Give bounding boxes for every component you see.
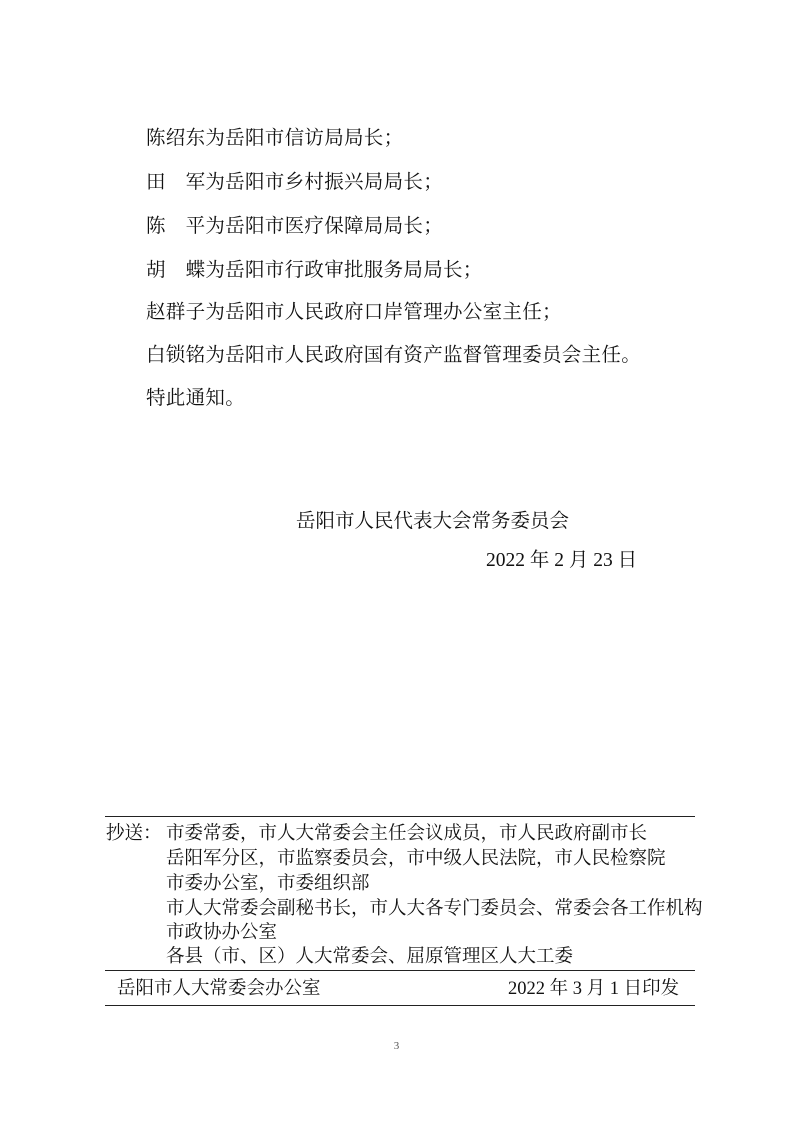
cc-top-divider xyxy=(105,816,695,817)
cc-line: 岳阳军分区，市监察委员会，市中级人民法院，市人民检察院 xyxy=(166,848,666,870)
page-number: 3 xyxy=(0,1040,793,1052)
appointment-line: 白锁铭为岳阳市人民政府国有资产监督管理委员会主任。 xyxy=(146,343,641,367)
footer-top-divider xyxy=(105,970,695,971)
signature-organization: 岳阳市人民代表大会常务委员会 xyxy=(296,509,569,533)
appointment-line: 陈 平为岳阳市医疗保障局局长； xyxy=(146,214,443,238)
cc-label: 抄送： xyxy=(106,823,162,845)
appointment-line: 陈绍东为岳阳市信访局局长； xyxy=(146,126,403,150)
appointment-line: 赵群子为岳阳市人民政府口岸管理办公室主任； xyxy=(146,300,562,324)
appointment-line: 田 军为岳阳市乡村振兴局局长； xyxy=(146,170,443,194)
cc-line: 市委常委，市人大常委会主任会议成员，市人民政府副市长 xyxy=(166,823,647,845)
cc-line: 各县（市、区）人大常委会、屈原管理区人大工委 xyxy=(166,946,573,968)
cc-line: 市政协办公室 xyxy=(166,922,277,944)
signature-date: 2022 年 2 月 23 日 xyxy=(486,549,637,573)
closing-line: 特此通知。 xyxy=(146,386,245,410)
footer-bottom-divider xyxy=(105,1005,695,1006)
cc-line: 市委办公室，市委组织部 xyxy=(166,873,370,895)
footer-issue-date: 2022 年 3 月 1 日印发 xyxy=(508,978,679,1000)
footer-issuer: 岳阳市人大常委会办公室 xyxy=(117,978,321,1000)
appointment-line: 胡 蝶为岳阳市行政审批服务局局长； xyxy=(146,258,483,282)
cc-line: 市人大常委会副秘书长，市人大各专门委员会、常委会各工作机构 xyxy=(166,898,703,920)
